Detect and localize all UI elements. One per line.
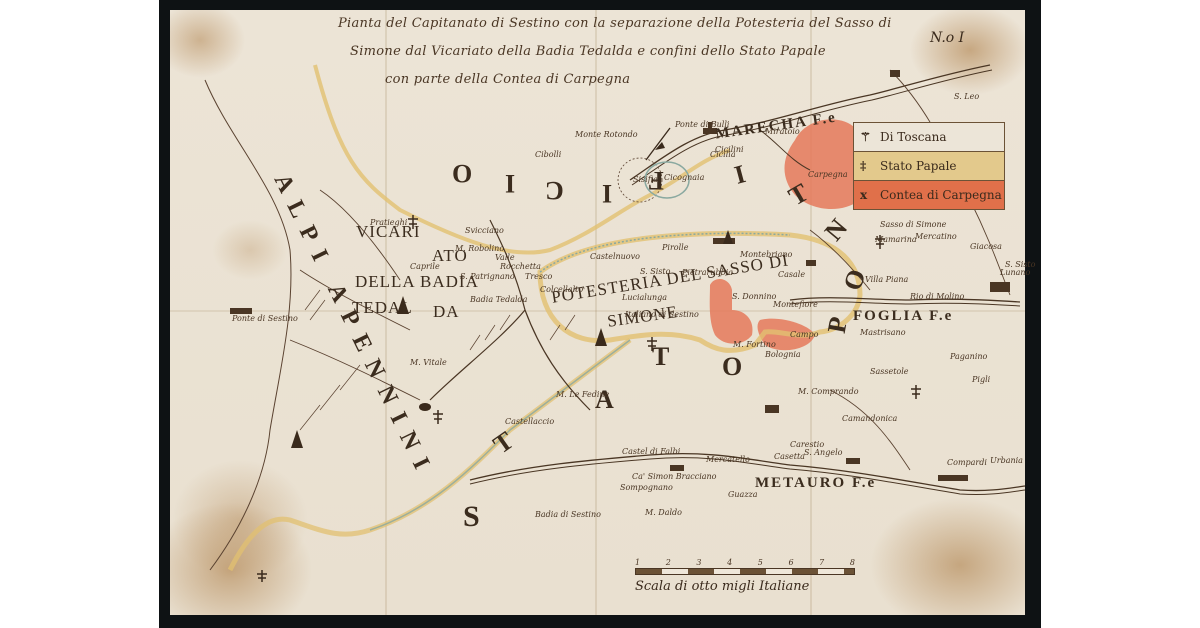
place-label: M. Robolino [455,244,504,253]
river-label-foglia: FOGLIA F.e [853,308,953,325]
place-label: S. Sisto [1005,260,1035,269]
place-label: Montefiore [773,300,818,309]
legend-item-stato-papale: ‡ Stato Papale [854,152,1004,181]
legend-label: Contea di Carpegna [880,188,1002,202]
place-label: Badia Tedalda [470,295,527,304]
map-title-line-2: Simone dal Vicariato della Badia Tedalda… [350,44,826,59]
place-label: Bolognia [765,350,801,359]
place-label: Monte Rotondo [575,130,638,139]
place-label: Cicilini [715,145,744,154]
place-label: Montebriano [740,250,792,259]
place-label: S. Sisto [640,267,670,276]
region-label-pontificio: I [602,178,612,208]
place-label: Guazza [728,490,758,499]
place-label: Castel di Falbi [622,447,680,456]
place-label: Casale [778,270,805,279]
legend-item-contea-carpegna: x Contea di Carpegna [854,181,1004,209]
scale-tick: 8 [850,558,855,567]
scale-bar-graphic [635,568,855,575]
place-label: M. Fortino [733,340,776,349]
legend-item-toscana: ⚚ Di Toscana [854,123,1004,152]
place-label: Tresco [525,272,552,281]
place-label: Sasso di Simone [880,220,946,229]
place-label: Colcellalto [540,285,583,294]
place-label: Lunano [1000,268,1030,277]
map-sheet: Pianta del Capitanato di Sestino con la … [170,10,1025,615]
place-label: Paganino [950,352,987,361]
place-label: Sisifia [633,175,658,184]
region-label-pontificio: C [545,175,564,205]
place-label: Ponte di Sestino [232,314,298,323]
legend-label: Stato Papale [880,159,957,173]
place-label: S. Leo [954,92,979,101]
tuscany-symbol-icon: ⚚ [860,130,876,144]
sheet-number: N.o I [930,30,964,46]
place-label: Castellaccio [505,417,554,426]
papal-cross-icon: ‡ [860,159,876,173]
place-label: Pratieghi [370,218,407,227]
region-label-pontificio: I [505,168,515,198]
place-label: M. Le Fedine [556,390,609,399]
place-label: Rio di Molino [910,292,964,301]
place-label: Cicognaia [664,173,704,182]
place-label: Camandonica [842,414,897,423]
region-label-stato: S [463,500,480,534]
place-label: Mamarina [875,235,917,244]
scale-tick: 2 [666,558,671,567]
place-label: Castelnuovo [590,252,640,261]
place-label: Italiano di Sestino [625,310,699,319]
place-label: Casetta [774,452,805,461]
place-label: Carpegna [808,170,848,179]
place-label: Giacosa [970,242,1002,251]
scale-tick: 7 [819,558,824,567]
place-label: M. Comprando [798,387,859,396]
scale-ticks: 1 2 3 4 5 6 7 8 [635,558,855,567]
place-label: Ca' Simon Bracciano [632,472,717,481]
region-label-vicariato: TEDAL [352,298,413,318]
place-label: Caprile [410,262,440,271]
place-label: Valle [495,253,515,262]
place-label: S. Donnino [732,292,776,301]
region-label-stato: O [722,352,742,382]
place-label: S. Patrignano [460,272,515,281]
place-label: Lucialunga [622,293,667,302]
place-label: Cibolli [535,150,561,159]
scale-bar: 1 2 3 4 5 6 7 8 Scala di otto migli Ital… [635,558,855,594]
place-label: Sompognano [620,483,673,492]
scale-tick: 3 [696,558,701,567]
region-label-vicariato: DA [433,302,460,322]
place-label: Campo [790,330,818,339]
river-label-metauro: METAURO F.e [755,475,876,492]
region-label-stato: T [652,342,669,372]
scale-tick: 5 [758,558,763,567]
place-label: Sassetole [870,367,909,376]
place-label: M. Vitale [410,358,447,367]
place-label: Pietrarubbia [682,268,733,277]
place-label: Mercatello [706,455,750,464]
place-label: M. Daldo [645,508,682,517]
scale-tick: 6 [788,558,793,567]
place-label: Mercatino [915,232,957,241]
place-label: Ponte di Bulli [675,120,729,129]
map-title-line-1: Pianta del Capitanato di Sestino con la … [338,16,892,31]
scale-label: Scala di otto migli Italiane [635,579,855,594]
legend-label: Di Toscana [880,130,947,144]
scale-tick: 1 [635,558,640,567]
place-label: Villa Piana [865,275,908,284]
place-label: Compardi [947,458,987,467]
place-label: Badia di Sestino [535,510,601,519]
place-label: Urbania [990,456,1023,465]
place-label: Svicciano [465,226,504,235]
place-label: Miratoio [765,127,800,136]
x-mark-icon: x [860,188,876,202]
scale-tick: 4 [727,558,732,567]
place-label: Pirolle [662,243,688,252]
place-label: Pigli [972,375,990,384]
region-label-pontificio: O [452,158,472,188]
place-label: Mastrisano [860,328,906,337]
map-title-line-3: con parte della Contea di Carpegna [385,72,630,87]
map-legend: ⚚ Di Toscana ‡ Stato Papale x Contea di … [853,122,1005,210]
place-label: S. Angelo [804,448,842,457]
place-label: Rocchetta [500,262,541,271]
